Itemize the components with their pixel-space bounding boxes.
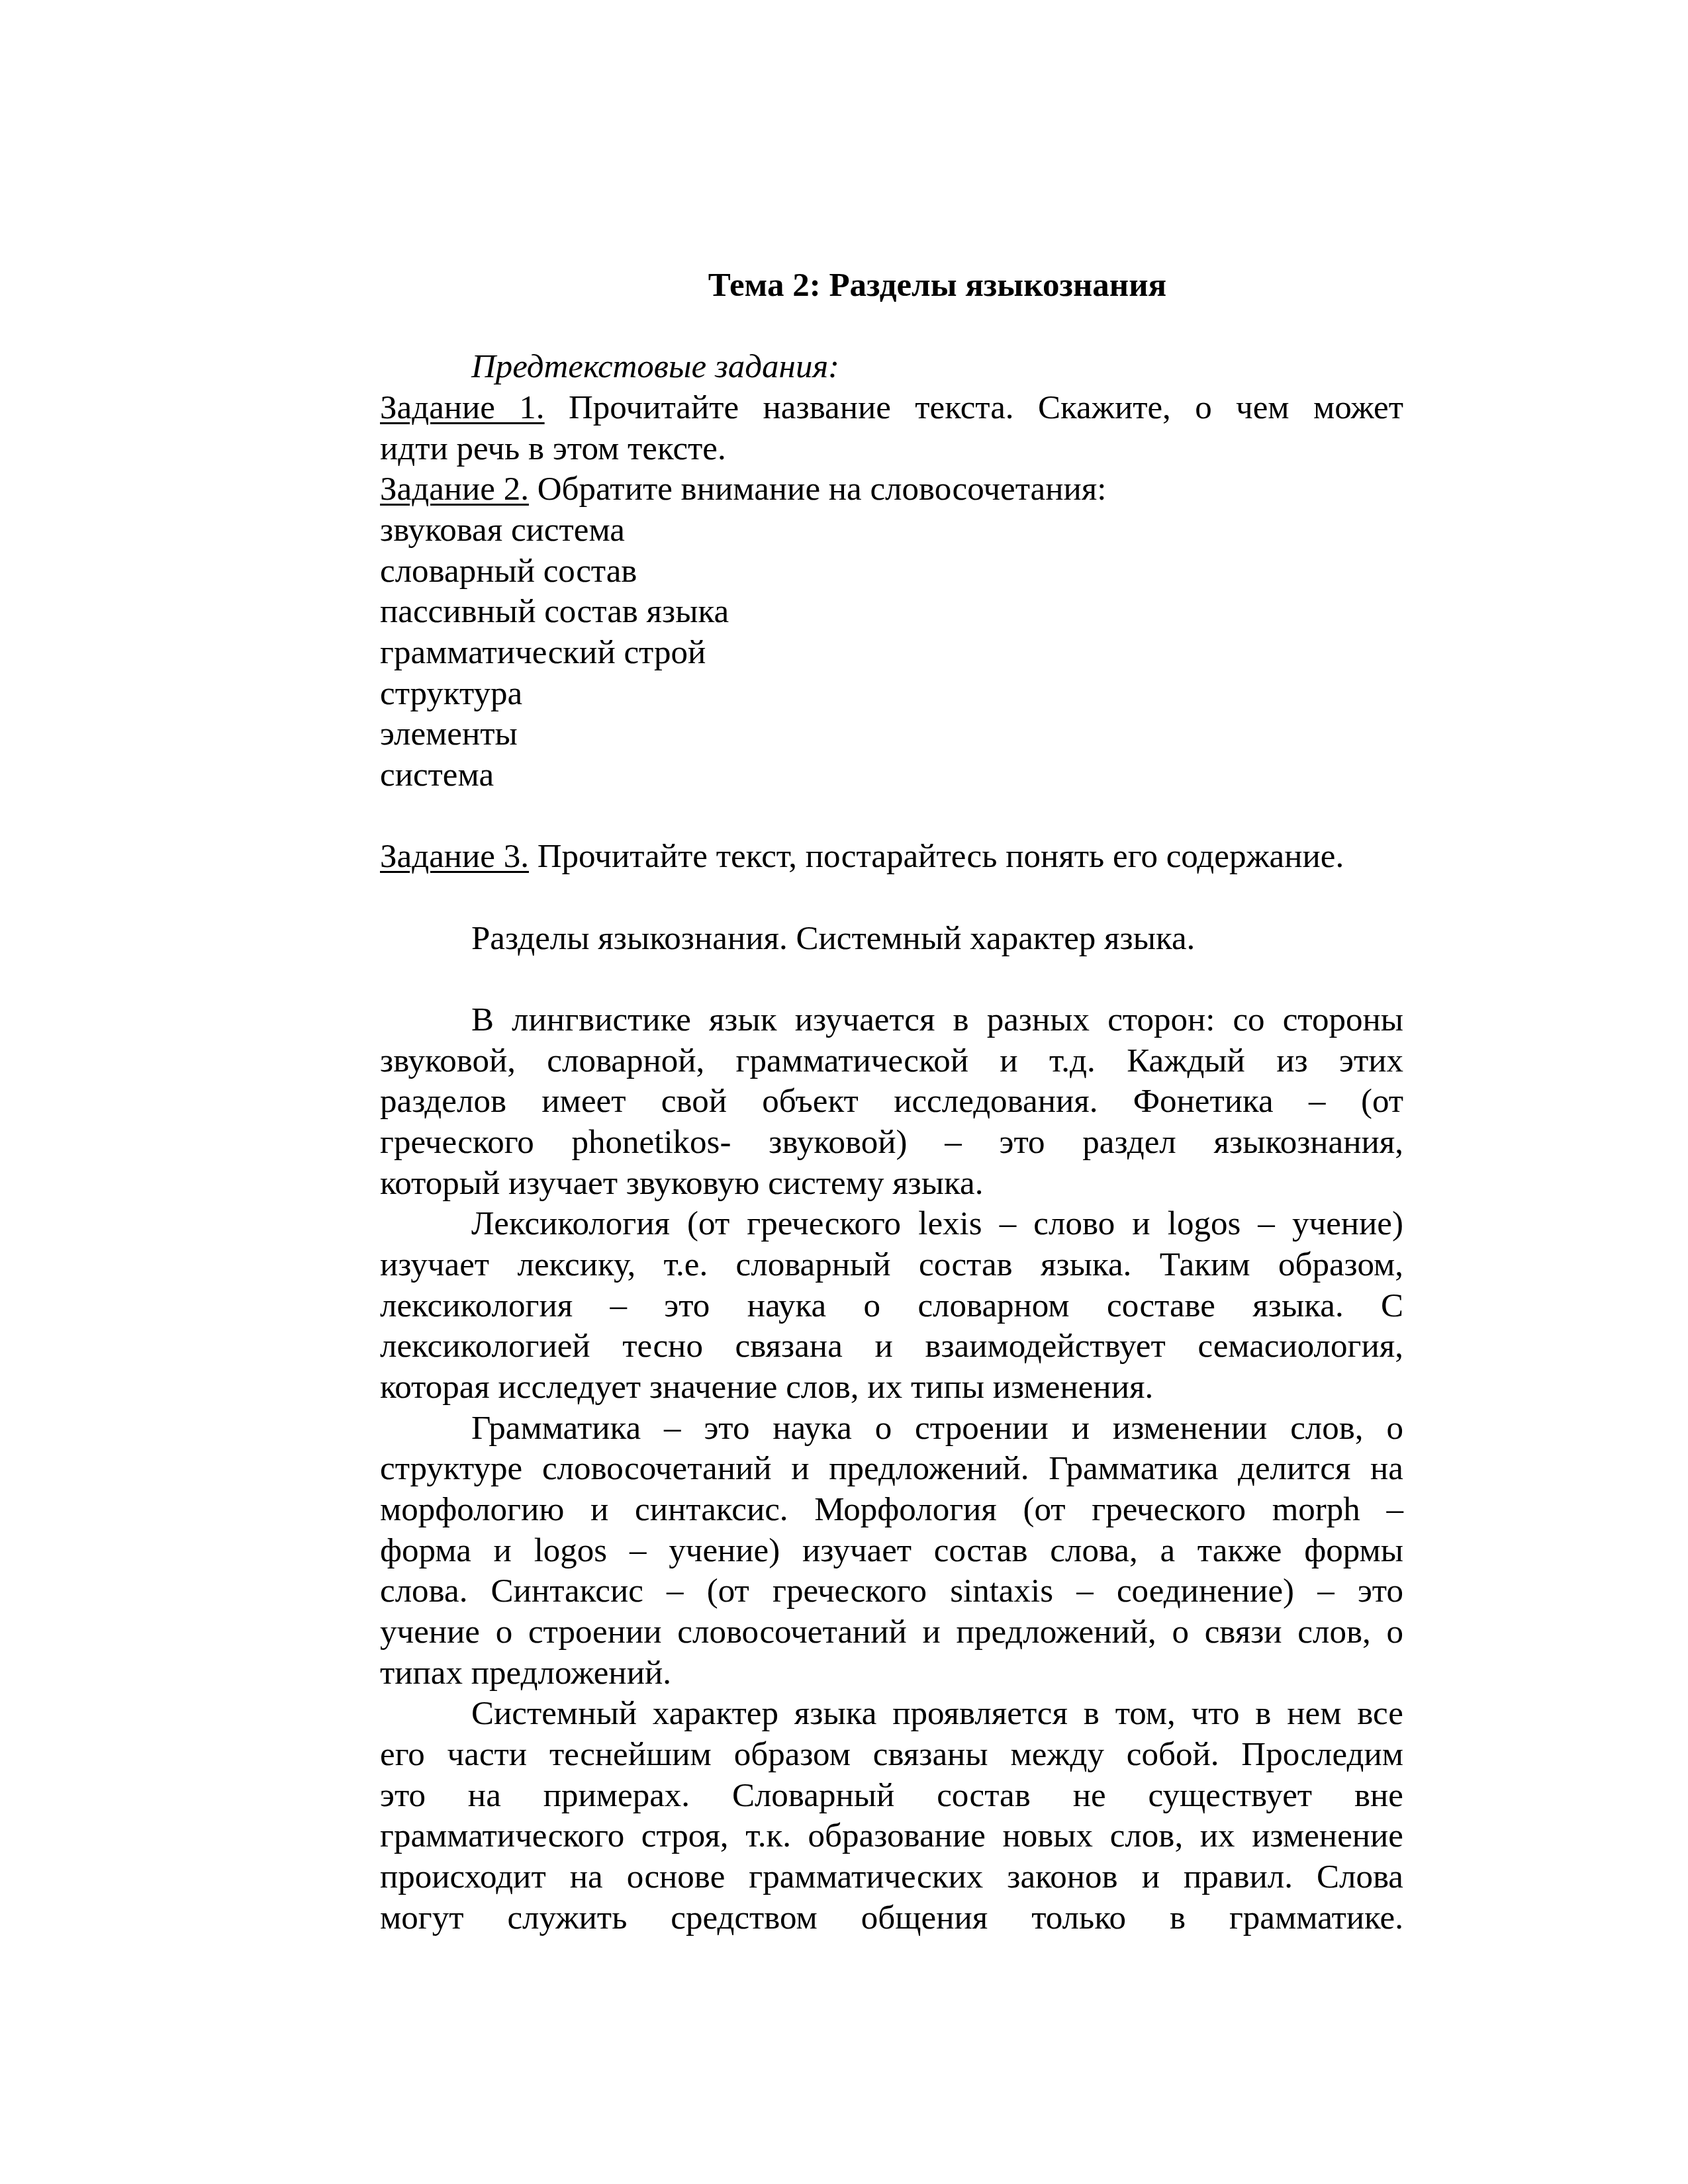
task3-text: Прочитайте текст, постарайтесь понять ег… [529, 838, 1344, 875]
phrase-item: звуковая система [380, 510, 1403, 551]
paragraph-line: В лингвистике язык изучается в разных ст… [380, 999, 1403, 1040]
paragraph-line: это на примерах. Словарный состав не сущ… [380, 1775, 1403, 1816]
paragraph-line: Системный характер языка проявляется в т… [380, 1693, 1403, 1734]
task1-label: Задание 1. [380, 389, 545, 426]
task3-label: Задание 3. [380, 838, 529, 875]
paragraph-line: которая исследует значение слов, их типы… [380, 1367, 1403, 1408]
task1-line2: идти речь в этом тексте. [380, 428, 1403, 469]
phrase-item: пассивный состав языка [380, 591, 1403, 632]
paragraph-line: морфологию и синтаксис. Морфология (от г… [380, 1489, 1403, 1530]
paragraph-line: разделов имеет свой объект исследования.… [380, 1081, 1403, 1122]
task1-line1: Задание 1. Прочитайте название текста. С… [380, 387, 1403, 428]
paragraph-line: изучает лексику, т.е. словарный состав я… [380, 1244, 1403, 1285]
paragraph-line: звуковой, словарной, грамматической и т.… [380, 1040, 1403, 1081]
paragraph-line: Грамматика – это наука о строении и изме… [380, 1408, 1403, 1449]
pretext-heading: Предтекстовые задания: [380, 346, 1403, 387]
task1-text: Прочитайте название текста. Скажите, о ч… [545, 389, 1403, 426]
phrase-item: система [380, 754, 1403, 796]
phrase-item: грамматический строй [380, 632, 1403, 673]
document-title: Тема 2: Разделы языкознания [380, 265, 1403, 306]
paragraph-line: учение о строении словосочетаний и предл… [380, 1612, 1403, 1653]
paragraph-line: могут служить средством общения только в… [380, 1897, 1403, 1938]
paragraph-line: греческого phonetikos- звуковой) – это р… [380, 1122, 1403, 1163]
paragraph-line: структуре словосочетаний и предложений. … [380, 1448, 1403, 1489]
paragraph-line: лексикология – это наука о словарном сос… [380, 1285, 1403, 1326]
paragraph-line: грамматического строя, т.к. образование … [380, 1815, 1403, 1856]
paragraph-line: форма и logos – учение) изучает состав с… [380, 1530, 1403, 1571]
task2-line: Задание 2. Обратите внимание на словосоч… [380, 469, 1403, 510]
paragraph-line: Лексикология (от греческого lexis – слов… [380, 1203, 1403, 1244]
task2-label: Задание 2. [380, 471, 529, 508]
paragraph-line: его части теснейшим образом связаны межд… [380, 1734, 1403, 1775]
paragraph-line: происходит на основе грамматических зако… [380, 1856, 1403, 1897]
task3-line: Задание 3. Прочитайте текст, постарайтес… [380, 836, 1403, 877]
paragraph-line: слова. Синтаксис – (от греческого sintax… [380, 1570, 1403, 1612]
phrase-item: словарный состав [380, 551, 1403, 592]
paragraph-line: типах предложений. [380, 1653, 1403, 1694]
paragraph-line: который изучает звуковую систему языка. [380, 1163, 1403, 1204]
document-page: Тема 2: Разделы языкознания Предтекстовы… [0, 0, 1688, 2184]
paragraph-line: лексикологией тесно связана и взаимодейс… [380, 1326, 1403, 1367]
phrase-item: элементы [380, 713, 1403, 754]
task2-text: Обратите внимание на словосочетания: [529, 471, 1106, 508]
phrase-item: структура [380, 673, 1403, 714]
text-heading: Разделы языкознания. Системный характер … [380, 918, 1403, 959]
